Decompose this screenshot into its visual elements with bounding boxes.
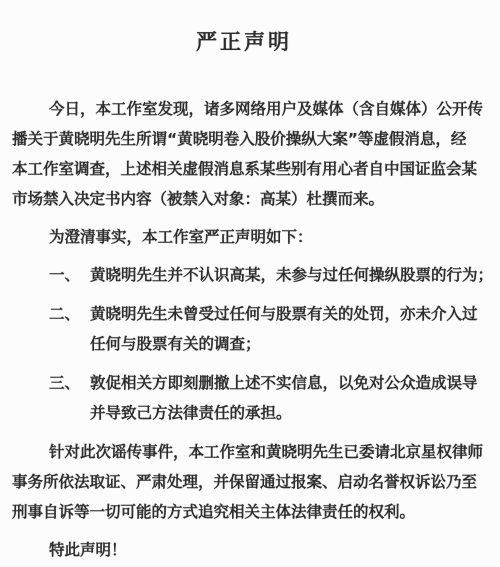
- list-item-2: 二、 黄晓明先生未曾受过任何与股票有关的处罚，亦未介入过 任何与股票有关的调查；: [12, 299, 476, 359]
- paragraph-line: 市场禁入决定书内容（被禁入对象：高某）杜撰而来。: [12, 184, 476, 214]
- clarify-paragraph: 为澄清事实，本工作室严正声明如下：: [12, 222, 476, 252]
- list-item-1: 一、 黄晓明先生并不认识高某，未参与过任何操纵股票的行为；: [12, 260, 476, 290]
- list-item-body: 黄晓明先生并不认识高某，未参与过任何操纵股票的行为；: [90, 260, 493, 290]
- list-item-3: 三、 敦促相关方即刻删撤上述不实信息，以免对公众造成误导 并导致己方法律责任的承…: [12, 368, 476, 428]
- list-item-number: 一、: [49, 260, 90, 290]
- paragraph-line: 任何与股票有关的调查；: [90, 329, 478, 359]
- paragraph-line: 播关于黄晓明先生所谓“黄晓明卷入股价操纵大案”等虚假消息，经: [12, 124, 476, 154]
- list-item-body: 黄晓明先生未曾受过任何与股票有关的处罚，亦未介入过 任何与股票有关的调查；: [90, 299, 478, 359]
- document-title: 严正声明: [12, 26, 476, 56]
- paragraph-line: 黄晓明先生并不认识高某，未参与过任何操纵股票的行为；: [90, 260, 493, 290]
- statement-document: 严正声明 今日，本工作室发现，诸多网络用户及媒体（含自媒体）公开传 播关于黄晓明…: [0, 0, 500, 567]
- list-item-number: 二、: [49, 299, 90, 359]
- paragraph-line: 针对此次谣传事件，本工作室和黄晓明先生已委请北京星权律师: [12, 437, 476, 467]
- paragraph-line: 并导致己方法律责任的承担。: [90, 398, 478, 428]
- closing-line: 特此声明！: [12, 535, 476, 565]
- paragraph-line: 黄晓明先生未曾受过任何与股票有关的处罚，亦未介入过: [90, 299, 478, 329]
- paragraph-line: 敦促相关方即刻删撤上述不实信息，以免对公众造成误导: [90, 368, 478, 398]
- list-item-number: 三、: [49, 368, 90, 428]
- list-item-body: 敦促相关方即刻删撤上述不实信息，以免对公众造成误导 并导致己方法律责任的承担。: [90, 368, 478, 428]
- statement-list: 一、 黄晓明先生并不认识高某，未参与过任何操纵股票的行为； 二、 黄晓明先生未曾…: [12, 260, 476, 428]
- paragraph-line: 为澄清事实，本工作室严正声明如下：: [12, 222, 476, 252]
- paragraph-line: 事务所依法取证、严肃处理，并保留通过报案、启动名誉权诉讼乃至: [12, 467, 476, 497]
- action-paragraph: 针对此次谣传事件，本工作室和黄晓明先生已委请北京星权律师 事务所依法取证、严肃处…: [12, 437, 476, 527]
- intro-paragraph: 今日，本工作室发现，诸多网络用户及媒体（含自媒体）公开传 播关于黄晓明先生所谓“…: [12, 94, 476, 214]
- paragraph-line: 今日，本工作室发现，诸多网络用户及媒体（含自媒体）公开传: [12, 94, 476, 124]
- paragraph-line: 本工作室调查，上述相关虚假消息系某些别有用心者自中国证监会某: [12, 154, 476, 184]
- paragraph-line: 刑事自诉等一切可能的方式追究相关主体法律责任的权利。: [12, 497, 476, 527]
